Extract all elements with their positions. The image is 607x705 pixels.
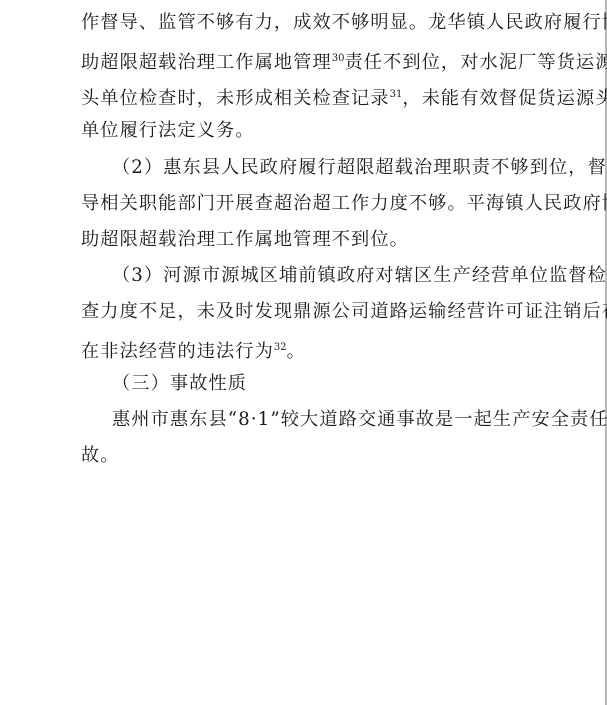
footnote-ref-30[interactable]: 30 [332,53,345,64]
body-text: 助超限超载治理工作属地管理不到位。 [81,229,409,250]
body-text: 在非法经营的违法行为 [81,341,274,362]
body-line: 导相关职能部门开展查超治超工作力度不够。平海镇人民政府协 [81,193,541,215]
body-text: （3）河源市源城区埔前镇政府对辖区生产经营单位监督检 [112,265,607,286]
body-line: 查力度不足，未及时发现鼎源公司道路运输经营许可证注销后存 [81,301,541,323]
body-text: 责任不到位，对水泥厂等货运源 [344,52,607,73]
footnote-ref-31[interactable]: 31 [390,89,403,100]
body-text: 故。 [81,445,120,466]
body-text: 单位履行法定义务。 [81,120,255,141]
document-page: 作督导、监管不够有力，成效不够明显。龙华镇人民政府履行协 助超限超载治理工作属地… [0,0,607,705]
body-text: （2）惠东县人民政府履行超限超载治理职责不够到位，督 [112,157,607,178]
body-text: 查力度不足，未及时发现鼎源公司道路运输经营许可证注销后存 [81,301,607,322]
body-line: 作督导、监管不够有力，成效不够明显。龙华镇人民政府履行协 [81,12,541,34]
body-text: 导相关职能部门开展查超治超工作力度不够。平海镇人民政府协 [81,193,607,214]
body-line: （3）河源市源城区埔前镇政府对辖区生产经营单位监督检 [112,265,572,287]
body-line: 在非法经营的违法行为32。 [81,337,541,363]
body-line: 故。 [81,445,541,467]
section-heading-accident-nature: （三）事故性质 [112,373,247,395]
body-text: ，未能有效督促货运源头 [402,88,607,109]
body-text: 头单位检查时，未形成相关检查记录 [81,88,390,109]
body-line: 惠州市惠东县“8·1”较大道路交通事故是一起生产安全责任事 [112,409,572,431]
body-line: （2）惠东县人民政府履行超限超载治理职责不够到位，督 [112,157,572,179]
footnote-ref-32[interactable]: 32 [274,342,287,353]
heading-text: （三）事故性质 [112,373,247,394]
body-line: 头单位检查时，未形成相关检查记录31，未能有效督促货运源头 [81,84,541,110]
body-line: 单位履行法定义务。 [81,120,541,142]
body-text: 助超限超载治理工作属地管理 [81,52,332,73]
body-text: 惠州市惠东县“8·1”较大道路交通事故是一起生产安全责任事 [112,409,607,430]
body-text: 作督导、监管不够有力，成效不够明显。龙华镇人民政府履行协 [81,12,607,33]
body-text: 。 [287,341,306,362]
body-line: 助超限超载治理工作属地管理30责任不到位，对水泥厂等货运源 [81,48,541,74]
body-line: 助超限超载治理工作属地管理不到位。 [81,229,541,251]
